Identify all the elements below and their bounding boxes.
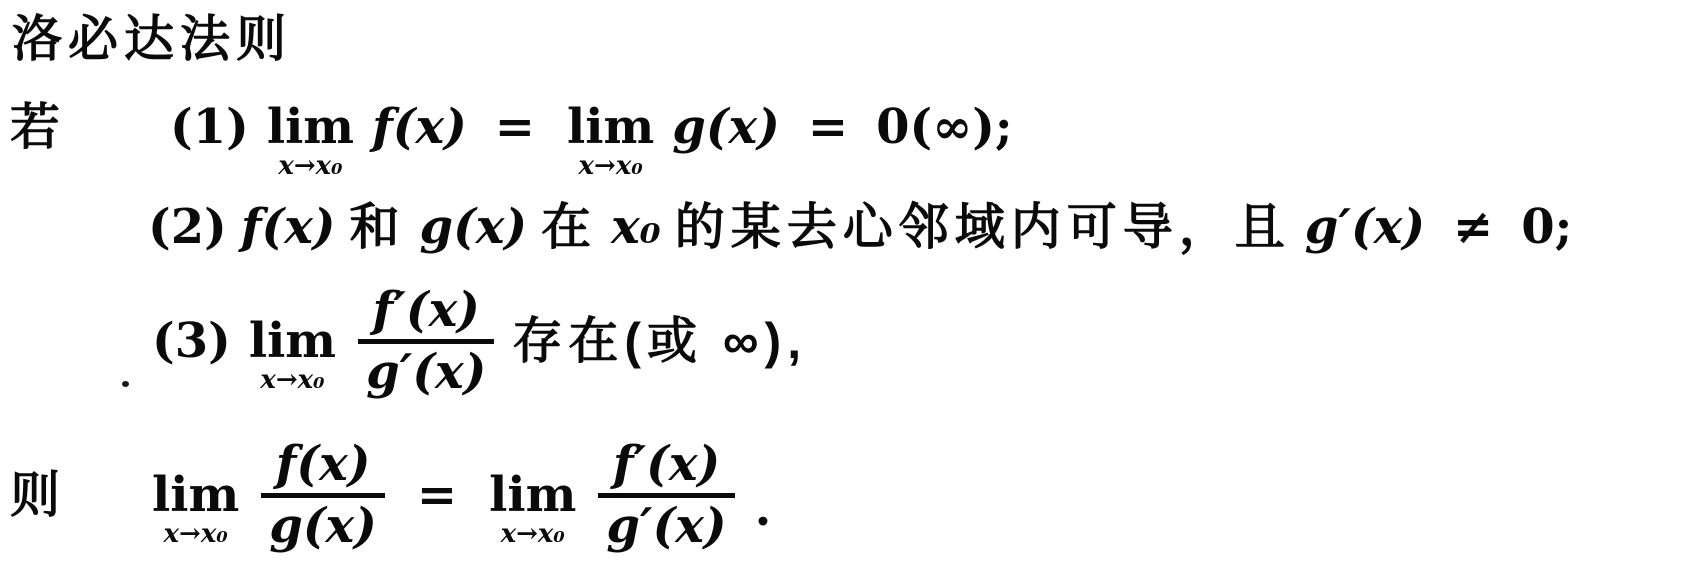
- f-of-x: f(x): [268, 439, 379, 489]
- function-ratio-fraction: f(x) g(x): [261, 439, 385, 551]
- equals-sign-2: =: [808, 99, 848, 155]
- condition-3-number: (3): [152, 316, 231, 366]
- if-label: 若: [10, 99, 66, 155]
- lim-word: lim: [152, 467, 239, 523]
- condition-1-row: 若 (1) lim x→x₀ f(x) = lim x→x₀ g(x) = 0(…: [0, 96, 1704, 158]
- x-sub-zero: x₀: [611, 202, 661, 252]
- derivative-ratio-fraction: f′(x) g′(x): [598, 439, 734, 551]
- page-title: 洛必达法则: [12, 12, 292, 67]
- condition-1-number: (1): [170, 102, 249, 152]
- zero-infinity-value: 0(∞);: [876, 102, 1013, 152]
- lim-subscript: x→x₀: [164, 519, 228, 549]
- g-of-x: g(x): [261, 501, 385, 551]
- lim-subscript: x→x₀: [579, 151, 643, 181]
- deleted-neighborhood-text: 的某去心邻域内可导，且: [675, 200, 1291, 255]
- equals-sign: =: [417, 467, 457, 523]
- scan-speck: [122, 381, 129, 387]
- derivative-ratio-fraction: f′(x) g′(x): [358, 285, 494, 397]
- f-of-x: f(x): [241, 202, 336, 252]
- condition-2-row: (2) f(x) 和 g(x) 在 x₀ 的某去心邻域内可导，且 g′(x) ≠…: [0, 194, 1704, 260]
- lim-word: lim: [489, 467, 576, 523]
- fraction-bar: [358, 339, 494, 344]
- sentence-period: .: [755, 481, 772, 537]
- f-of-x: f(x): [372, 102, 467, 152]
- lim-word: lim: [267, 99, 354, 155]
- condition-2-number: (2): [148, 202, 227, 252]
- lim-subscript: x→x₀: [278, 151, 342, 181]
- equals-sign-1: =: [495, 99, 535, 155]
- fraction-bar: [598, 493, 734, 498]
- f-prime-of-x: f′(x): [365, 285, 488, 335]
- lim-word: lim: [567, 99, 654, 155]
- g-prime-of-x: g′(x): [1305, 202, 1425, 252]
- limit-operator-2: lim x→x₀: [489, 471, 576, 519]
- fraction-bar: [261, 493, 385, 498]
- not-equal-sign: ≠: [1453, 199, 1493, 255]
- g-prime-of-x: g′(x): [358, 347, 494, 397]
- exists-text: 存在(或 ∞),: [512, 314, 807, 369]
- zero-value: 0;: [1521, 202, 1572, 252]
- lim-word: lim: [249, 313, 336, 369]
- f-prime-of-x: f′(x): [605, 439, 728, 489]
- document-page: 洛必达法则 若 (1) lim x→x₀ f(x) = lim x→x₀ g(x…: [0, 0, 1704, 564]
- limit-operator-1: lim x→x₀: [267, 103, 354, 151]
- lim-subscript: x→x₀: [260, 365, 324, 395]
- conclusion-row: 则 lim x→x₀ f(x) g(x) = lim x→x₀ f′(x) g′…: [0, 422, 1704, 564]
- limit-operator-1: lim x→x₀: [152, 471, 239, 519]
- then-label: 则: [10, 467, 66, 523]
- lim-subscript: x→x₀: [501, 519, 565, 549]
- limit-operator: lim x→x₀: [249, 317, 336, 365]
- condition-3-row: (3) lim x→x₀ f′(x) g′(x) 存在(或 ∞),: [0, 274, 1704, 408]
- g-of-x: g(x): [672, 102, 780, 152]
- g-prime-of-x: g′(x): [598, 501, 734, 551]
- limit-operator-2: lim x→x₀: [567, 103, 654, 151]
- and-text: 和: [350, 200, 406, 255]
- g-of-x: g(x): [420, 202, 528, 252]
- at-text: 在: [541, 200, 597, 255]
